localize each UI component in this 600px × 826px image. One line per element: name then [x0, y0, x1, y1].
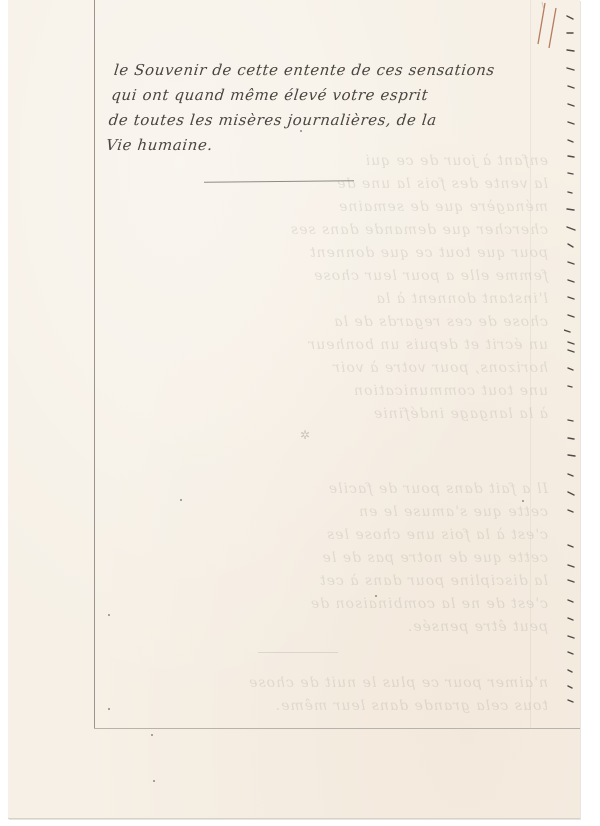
handwritten-line-1: le Souvenir de cette entente de ces sens… — [113, 58, 556, 83]
handwritten-line-2: qui ont quand même élevé votre esprit — [110, 83, 553, 108]
handwritten-text: le Souvenir de cette entente de ces sens… — [105, 58, 556, 158]
bleed-through-text-block-1: enfant à jour de ce qui la vente des foi… — [108, 150, 548, 426]
paper-speck — [375, 595, 377, 597]
bleed-line: chercher que demande dans ses — [108, 219, 548, 242]
bleed-line: cette que s'amuse le en — [108, 501, 548, 524]
paper-speck — [180, 499, 182, 501]
bleed-line: un écrit et depuis un bonheur — [108, 334, 548, 357]
bleed-line: pour que tout ce que donnent — [108, 242, 548, 265]
paper-speck — [151, 734, 153, 736]
bleed-line: n'aimer pour ce plus le nuit de chose — [108, 672, 548, 695]
bleed-line: chose de ces regards de la — [108, 311, 548, 334]
bleed-line: ménagère que de semaine — [108, 196, 548, 219]
left-margin-line — [94, 0, 95, 729]
paper-sheet: enfant à jour de ce qui la vente des foi… — [8, 0, 580, 819]
paper-speck — [153, 780, 155, 782]
bleed-through-divider — [258, 652, 338, 653]
handwritten-line-4: Vie humaine. — [105, 133, 548, 158]
bleed-through-text-block-3: n'aimer pour ce plus le nuit de chose to… — [108, 672, 548, 718]
paper-speck — [300, 130, 302, 132]
bleed-through-asterisk-icon: ✲ — [300, 428, 310, 442]
handwritten-line-3: de toutes les misères journalières, de l… — [107, 108, 550, 133]
bleed-line: une tout communication — [108, 380, 548, 403]
bleed-line: tous cela grande dans leur même. — [108, 695, 548, 718]
bleed-through-text-block-2: Il a fait dans pour de facile cette que … — [108, 478, 548, 639]
bleed-line: à la langage indéfinie — [108, 403, 548, 426]
bleed-line: Il a fait dans pour de facile — [108, 478, 548, 501]
right-margin-tick-marks — [564, 0, 580, 720]
bleed-line: la discipline pour dans à cet — [108, 570, 548, 593]
paper-speck — [522, 500, 524, 502]
bleed-line: horizons, pour votre à voir — [108, 357, 548, 380]
bleed-line: l'instant donnent à la — [108, 288, 548, 311]
bottom-rule-line — [94, 728, 580, 729]
bleed-line: cette que de notre pas de le — [108, 547, 548, 570]
bleed-line: c'est à la fois une chose les — [108, 524, 548, 547]
bleed-line: peut être pensée. — [108, 616, 548, 639]
bleed-line: la vente des fois la une de — [108, 173, 548, 196]
bleed-line: femme elle a pour leur chose — [108, 265, 548, 288]
paper-speck — [108, 614, 110, 616]
paper-speck — [108, 708, 110, 710]
red-pencil-marks-icon — [528, 0, 564, 50]
bleed-line: c'est de ne la combinaison de — [108, 593, 548, 616]
